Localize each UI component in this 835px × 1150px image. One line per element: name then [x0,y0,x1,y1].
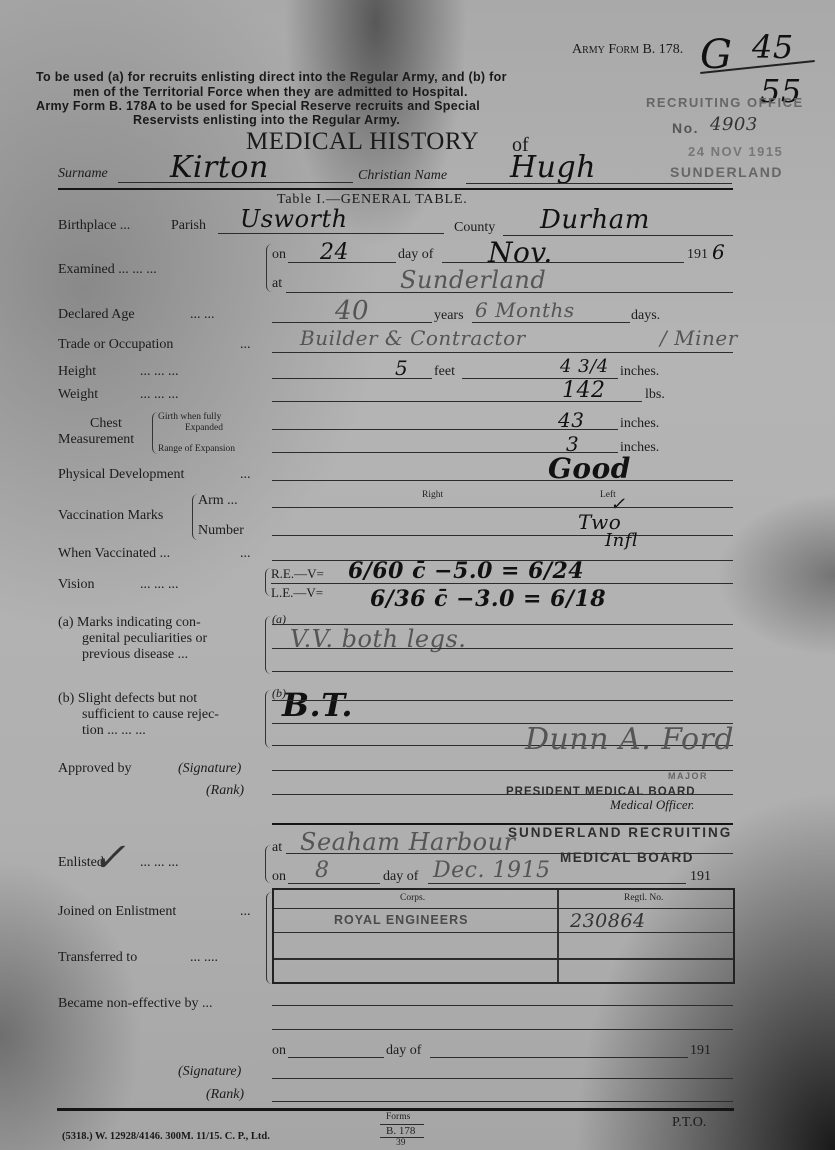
vaccination-right-header: Right [422,490,443,500]
non-effective-signature-line [272,1078,733,1079]
declared-age-label: Declared Age [58,307,135,323]
enlisted-day-value[interactable]: 8 [315,858,330,883]
footer-rule [57,1108,734,1111]
footer-forms-label: Forms [386,1112,410,1122]
physical-development-label: Physical Development [58,467,184,483]
row-1-regtl-no[interactable]: 230864 [570,910,646,932]
height-feet-value[interactable]: 5 [395,356,408,380]
vaccination-arm-line [272,507,733,508]
chest-label-line2: Measurement [58,432,134,448]
service-table-row-line-2 [274,958,733,960]
enlisted-at-label: at [272,840,282,856]
vision-re-value[interactable]: 6/60 c̄ −5.0 = 6/24 [348,558,584,584]
height-inches-value[interactable]: 4 3/4 [560,356,609,377]
usage-line-1: To be used (a) for recruits enlisting di… [36,70,507,84]
row-1-corps[interactable]: ROYAL ENGINEERS [334,913,468,927]
annotation-numerator: 45 [752,28,794,66]
usage-line-4: Reservists enlisting into the Regular Ar… [133,113,400,127]
height-dots: ... ... ... [140,364,179,380]
trade-line [272,352,733,353]
non-effective-year-prefix: 191 [690,1043,711,1059]
height-inches-label: inches. [620,364,659,380]
surname-label: Surname [58,166,108,182]
parish-value[interactable]: Usworth [240,205,348,233]
approved-rank-stamp-small: MAJOR [668,771,708,781]
weight-value[interactable]: 142 [562,378,606,403]
enlisted-day-line [288,883,380,884]
column-header-corps: Corps. [400,893,425,903]
declared-age-days-value[interactable]: 6 Months [475,298,575,322]
vision-le-value[interactable]: 6/36 c̄ −3.0 = 6/18 [370,586,606,612]
non-effective-rank-label: (Rank) [206,1087,244,1103]
service-table-header-line [274,908,733,909]
non-effective-day-of-label: day of [386,1043,421,1059]
enlisted-on-label: on [272,869,286,885]
vision-re-line [271,583,733,584]
examined-on-label: on [272,247,286,263]
approved-signature-value[interactable]: Dunn A. Ford [525,722,734,757]
chest-girth-line [272,429,618,430]
footer-pto: P.T.O. [672,1115,706,1131]
non-effective-rank-line [272,1101,733,1102]
stamp-number-value: 4903 [710,114,758,135]
trade-value[interactable]: Builder & Contractor [300,326,526,350]
enlisted-stamp-line2: MEDICAL BOARD [560,850,694,865]
examined-year-prefix: 191 [687,247,708,263]
county-label: County [454,220,495,236]
declared-age-years-line [272,322,432,323]
column-header-regtl-no: Regtl. No. [624,893,663,903]
examined-place-value[interactable]: Sunderland [400,266,546,294]
vaccination-arm-label: Arm ... [198,493,238,509]
declared-age-days-line [472,322,630,323]
when-vaccinated-label: When Vaccinated ... [58,546,170,562]
height-feet-label: feet [434,364,455,380]
declared-age-days-label: days. [631,308,660,324]
usage-line-3: Army Form B. 178A to be used for Special… [36,99,480,113]
surname-value[interactable]: Kirton [170,150,269,185]
enlisted-year-prefix: 191 [690,869,711,885]
enlisted-month-line [428,883,686,884]
examined-year-suffix[interactable]: 6 [712,240,725,264]
when-vaccinated-value[interactable]: Infl [605,530,638,551]
joined-dots: ... [240,904,251,920]
enlisted-tick: ✓ [92,835,126,881]
parish-label: Parish [171,218,206,234]
defects-b-brace [265,690,271,748]
medical-history-form: Army Form B. 178. To be used (a) for rec… [0,0,835,1150]
examined-at-label: at [272,276,282,292]
christian-name-line [466,183,732,184]
defects-b-value[interactable]: B.T. [282,686,353,724]
enlisted-place-value[interactable]: Seaham Harbour [300,828,516,856]
marks-a-label-1: (a) Marks indicating con- [58,615,201,631]
declared-age-dots: ... ... [190,307,215,323]
footer-print-code: (5318.) W. 12928/4146. 300M. 11/15. C. P… [62,1131,270,1142]
page-title: MEDICAL HISTORY [246,128,479,156]
trade-dots: ... [240,337,251,353]
examined-month-value[interactable]: Nov. [488,236,553,269]
defects-b-line-1 [272,700,733,701]
non-effective-month-line [430,1057,688,1058]
non-effective-line-2 [272,1029,733,1030]
footer-forms-number: B. 178 [386,1125,415,1137]
vaccination-number-line [272,535,733,536]
vision-re-label: R.E.—V= [271,566,324,582]
transferred-label: Transferred to [58,950,137,966]
marks-a-label-3: previous disease ... [82,647,188,663]
examined-month-line [442,262,684,263]
chest-range-label: Range of Expansion [158,444,235,454]
christian-name-value[interactable]: Hugh [510,150,596,185]
physical-development-line [272,480,733,481]
vision-label: Vision [58,577,95,593]
physical-development-dots: ... [240,467,251,483]
weight-dots: ... ... ... [140,387,179,403]
birthplace-label: Birthplace ... [58,218,130,234]
weight-label: Weight [58,387,98,403]
parish-line [218,233,444,234]
defects-b-label-3: tion ... ... ... [82,723,146,739]
service-table-row-line-1 [274,932,733,933]
marks-a-line-2 [272,648,733,649]
stamp-number-label: No. [672,120,699,136]
chest-girth-label-1: Girth when fully [158,412,221,422]
surname-line [118,182,353,183]
examined-label: Examined ... ... ... [58,262,157,278]
examined-place-line [286,292,733,293]
enlisted-brace [265,845,271,883]
examined-day-line [288,262,396,263]
non-effective-day-line [288,1057,384,1058]
footer-forms-sub: 39 [396,1138,406,1148]
service-table-divider [557,890,559,982]
approved-rank-printed: Medical Officer. [610,797,694,813]
vaccination-label: Vaccination Marks [58,508,163,524]
chest-label-line1: Chest [90,416,122,432]
weight-line [272,401,642,402]
joined-label: Joined on Enlistment [58,904,176,920]
non-effective-line-1 [272,1005,733,1006]
vision-dots: ... ... ... [140,577,179,593]
stamp-date: 24 NOV 1915 [688,144,783,159]
approved-signature-label: (Signature) [178,761,241,777]
form-code: Army Form B. 178. [572,42,683,58]
chest-girth-unit: inches. [620,416,659,432]
christian-name-label: Christian Name [358,168,447,184]
vaccination-number-label: Number [198,523,244,539]
approved-rank-label: (Rank) [206,783,244,799]
enlisted-month-value[interactable]: Dec. 1915 [433,858,550,883]
enlisted-dots: ... ... ... [140,855,179,871]
defects-b-label-1: (b) Slight defects but not [58,691,197,707]
county-value[interactable]: Durham [540,205,650,235]
usage-line-2: men of the Territorial Force when they a… [73,85,468,99]
marks-a-line-3 [272,671,733,672]
stamp-recruiting-office: RECRUITING OFFICE [646,95,804,110]
approved-label: Approved by [58,761,132,777]
marks-a-label-2: genital peculiarities or [82,631,207,647]
approved-signature-line [272,770,733,771]
weight-unit: lbs. [645,387,665,403]
transferred-dots: ... .... [190,950,218,966]
vision-le-label: L.E.—V= [271,585,323,601]
declared-age-years-label: years [434,308,464,324]
height-label: Height [58,364,96,380]
trade-label: Trade or Occupation [58,337,173,353]
chest-girth-label-2: Expanded [185,423,223,433]
enlisted-day-of-label: day of [383,869,418,885]
non-effective-on-label: on [272,1043,286,1059]
when-vaccinated-dots: ... [240,546,251,562]
stamp-place: SUNDERLAND [670,164,783,180]
enlisted-stamp-line1: SUNDERLAND RECRUITING [508,825,732,840]
non-effective-signature-label: (Signature) [178,1064,241,1080]
defects-b-label-2: sufficient to cause rejec- [82,707,219,723]
service-table: Corps. Regtl. No. ROYAL ENGINEERS 230864 [272,888,735,984]
height-feet-line [272,378,432,379]
approved-rank-line [272,794,733,795]
examined-day-of-label: day of [398,247,433,263]
name-rule [58,188,733,190]
marks-a-brace [265,616,271,674]
non-effective-label: Became non-effective by ... [58,996,212,1012]
trade-extra-value[interactable]: / Miner [660,326,738,350]
